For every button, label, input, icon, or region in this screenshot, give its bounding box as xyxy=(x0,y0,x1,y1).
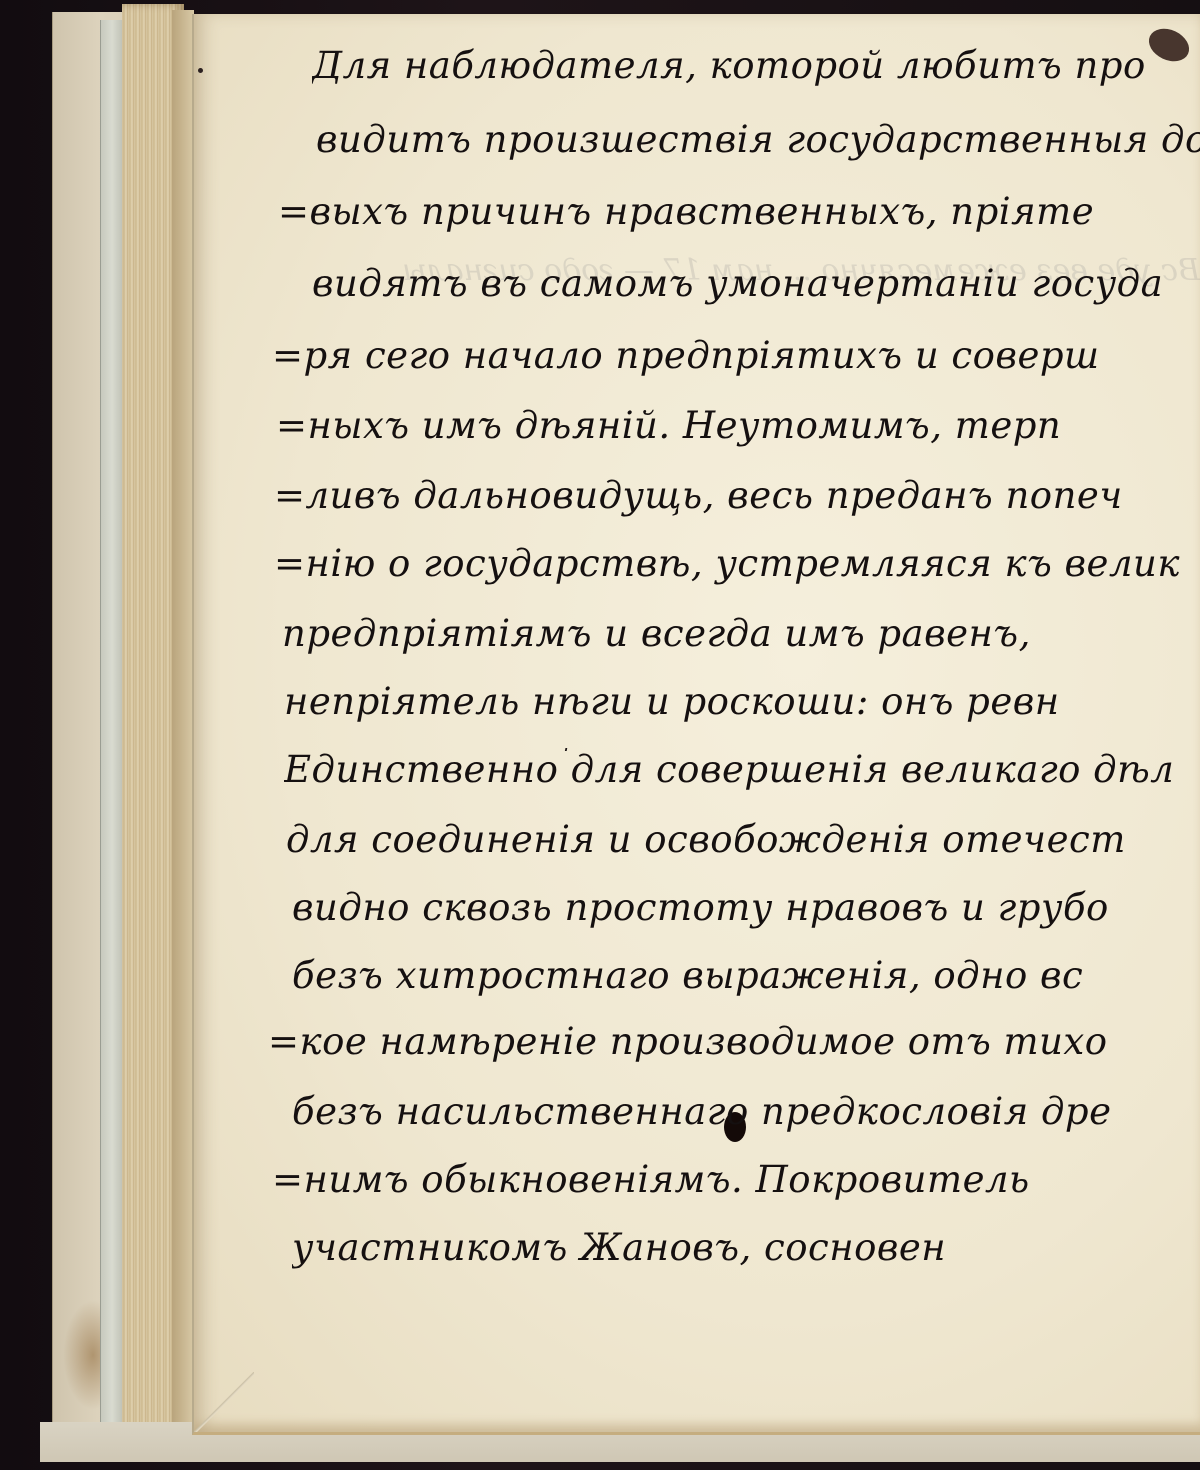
text-line: =ныхъ имъ дѣяній. Неутомимъ, терп ѣ xyxy=(276,404,1200,447)
interlinear-correction: к xyxy=(392,886,404,890)
interlinear-correction: с xyxy=(632,680,644,684)
manuscript-photo: Вс уде вез ежемесячно ... нам 17 — годо … xyxy=(0,0,1200,1470)
text-line: безъ насильственнаго предкословія дре ь … xyxy=(292,1090,1200,1133)
text-line: видно сквозь простоту нравовъ и грубо к xyxy=(292,886,1200,929)
text-line: видитъ произшествія государственныя до xyxy=(316,118,1200,161)
interlinear-correction: ѣ xyxy=(356,1226,374,1230)
interlinear-correction: ія xyxy=(402,612,423,616)
text-line: видятъ въ самомъ умоначертаніи госуда ѣ … xyxy=(312,262,1200,305)
interlinear-correction: ѣ xyxy=(492,680,510,684)
text-line: для соединенія и освобожденія отечест xyxy=(286,818,1200,861)
interlinear-correction: я xyxy=(474,612,488,616)
text-line: =выхъ причинъ нравственныхъ, пріяте ія xyxy=(278,190,1200,233)
text-line: предпріятіямъ и всегда имъ равенъ, ія я xyxy=(282,612,1200,655)
text-line: безъ хитростнаго выраженія, одно вс а xyxy=(292,954,1200,997)
interlinear-correction: я xyxy=(366,680,380,684)
text-line: непріятель нѣги и роскоши: онъ ревн я ѣ … xyxy=(284,680,1200,723)
interlinear-correction: ія xyxy=(1140,190,1161,194)
text-line: Единственно для совершенія великаго дѣл … xyxy=(284,748,1200,791)
interlinear-correction: ѣ xyxy=(400,262,418,266)
text-line: =ря сего начало предпріятихъ и соверш ія xyxy=(272,334,1200,377)
handwritten-text-block: Для наблюдателя, которой любитъ про види… xyxy=(0,0,1200,1470)
text-line: участникомъ Жановъ, сосновен ѣ xyxy=(292,1226,1200,1269)
interlinear-correction: ѣ xyxy=(434,1020,452,1024)
text-line: =нію о государствѣ, устремляяся къ велик xyxy=(274,542,1200,585)
interlinear-correction: я xyxy=(522,1158,536,1162)
text-line: Для наблюдателя, которой любитъ про xyxy=(312,44,1200,87)
interlinear-correction: ѣ xyxy=(454,404,472,408)
text-line: =ливъ дальновидущь, весь преданъ попеч xyxy=(274,474,1200,517)
interlinear-correction: о xyxy=(680,1090,693,1094)
text-line: =нимъ обыкновеніямъ. Покровитель я xyxy=(272,1158,1200,1201)
interlinear-correction: ъ xyxy=(462,262,476,266)
interlinear-correction: р xyxy=(564,748,577,752)
interlinear-correction: ія xyxy=(704,334,725,338)
interlinear-correction: а xyxy=(648,954,660,958)
text-line: =кое намѣреніе производимое отъ тихо ѣ xyxy=(268,1020,1200,1063)
interlinear-correction: ь xyxy=(460,1090,471,1094)
